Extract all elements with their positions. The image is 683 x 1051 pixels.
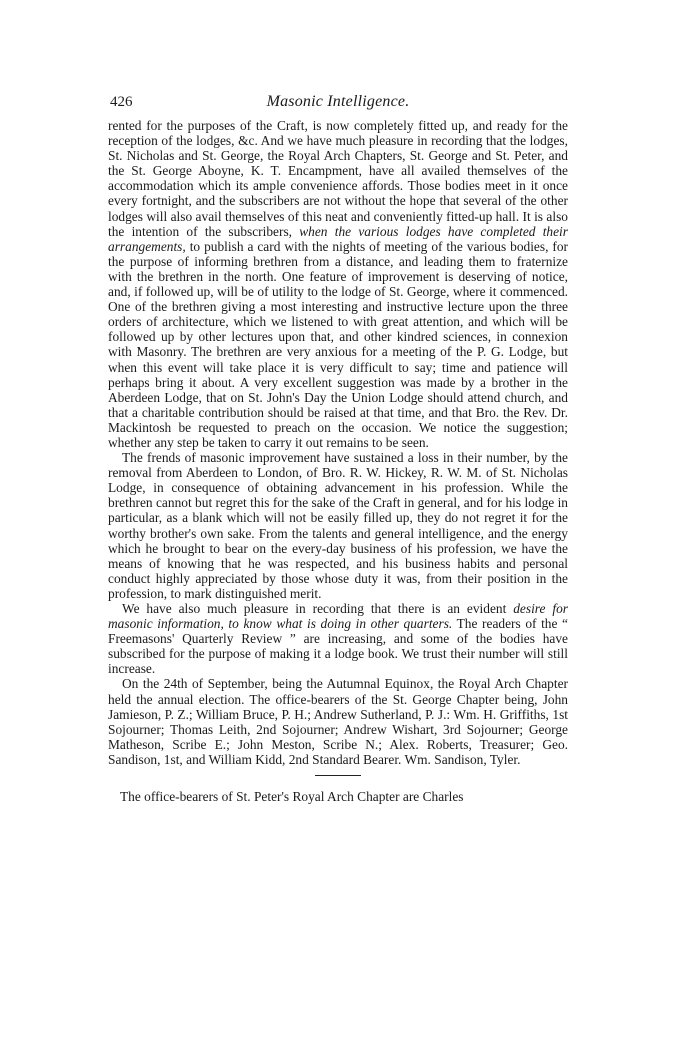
paragraph-bro-hickey: The frends of masonic improvement have s… [108, 450, 568, 601]
paragraph-quarterly-review: We have also much pleasure in recording … [108, 601, 568, 676]
document-page: 426 Masonic Intelligence. rented for the… [108, 88, 568, 818]
paragraph-royal-arch-election: On the 24th of September, being the Autu… [108, 676, 568, 767]
paragraph-st-peters-chapter: The office-bearers of St. Peter's Royal … [108, 789, 568, 804]
running-head: 426 Masonic Intelligence. [108, 88, 568, 112]
paragraph-hall-and-lodges: rented for the purposes of the Craft, is… [108, 118, 568, 450]
section-divider [315, 775, 361, 776]
running-title: Masonic Intelligence. [108, 93, 568, 111]
body-text: rented for the purposes of the Craft, is… [108, 118, 568, 767]
